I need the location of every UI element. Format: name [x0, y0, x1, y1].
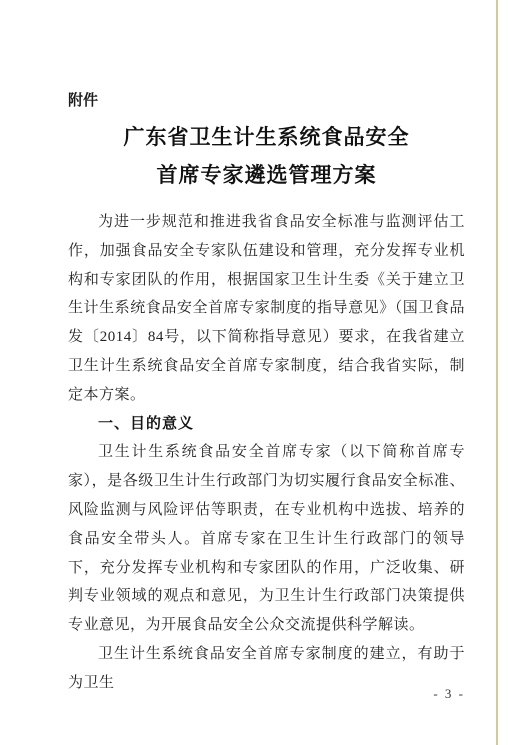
document-title: 广东省卫生计生系统食品安全 首席专家遴选管理方案: [68, 118, 465, 194]
intro-paragraph: 为进一步规范和推进我省食品安全标准与监测评估工作，加强食品安全专家队伍建设和管理…: [68, 208, 465, 410]
section-heading-purpose: 一、目的意义: [68, 410, 465, 439]
scan-edge-line: [496, 0, 498, 745]
scanned-document-page: 附件 广东省卫生计生系统食品安全 首席专家遴选管理方案 为进一步规范和推进我省食…: [0, 0, 530, 745]
document-body: 为进一步规范和推进我省食品安全标准与监测评估工作，加强食品安全专家队伍建设和管理…: [68, 208, 465, 698]
document-title-line-2: 首席专家遴选管理方案: [68, 156, 465, 194]
body-paragraph: 卫生计生系统食品安全首席专家（以下简称首席专家），是各级卫生计生行政部门为切实履…: [68, 438, 465, 640]
attachment-label: 附件: [68, 92, 98, 110]
document-title-line-1: 广东省卫生计生系统食品安全: [68, 118, 465, 156]
page-number: - 3 -: [68, 686, 465, 702]
